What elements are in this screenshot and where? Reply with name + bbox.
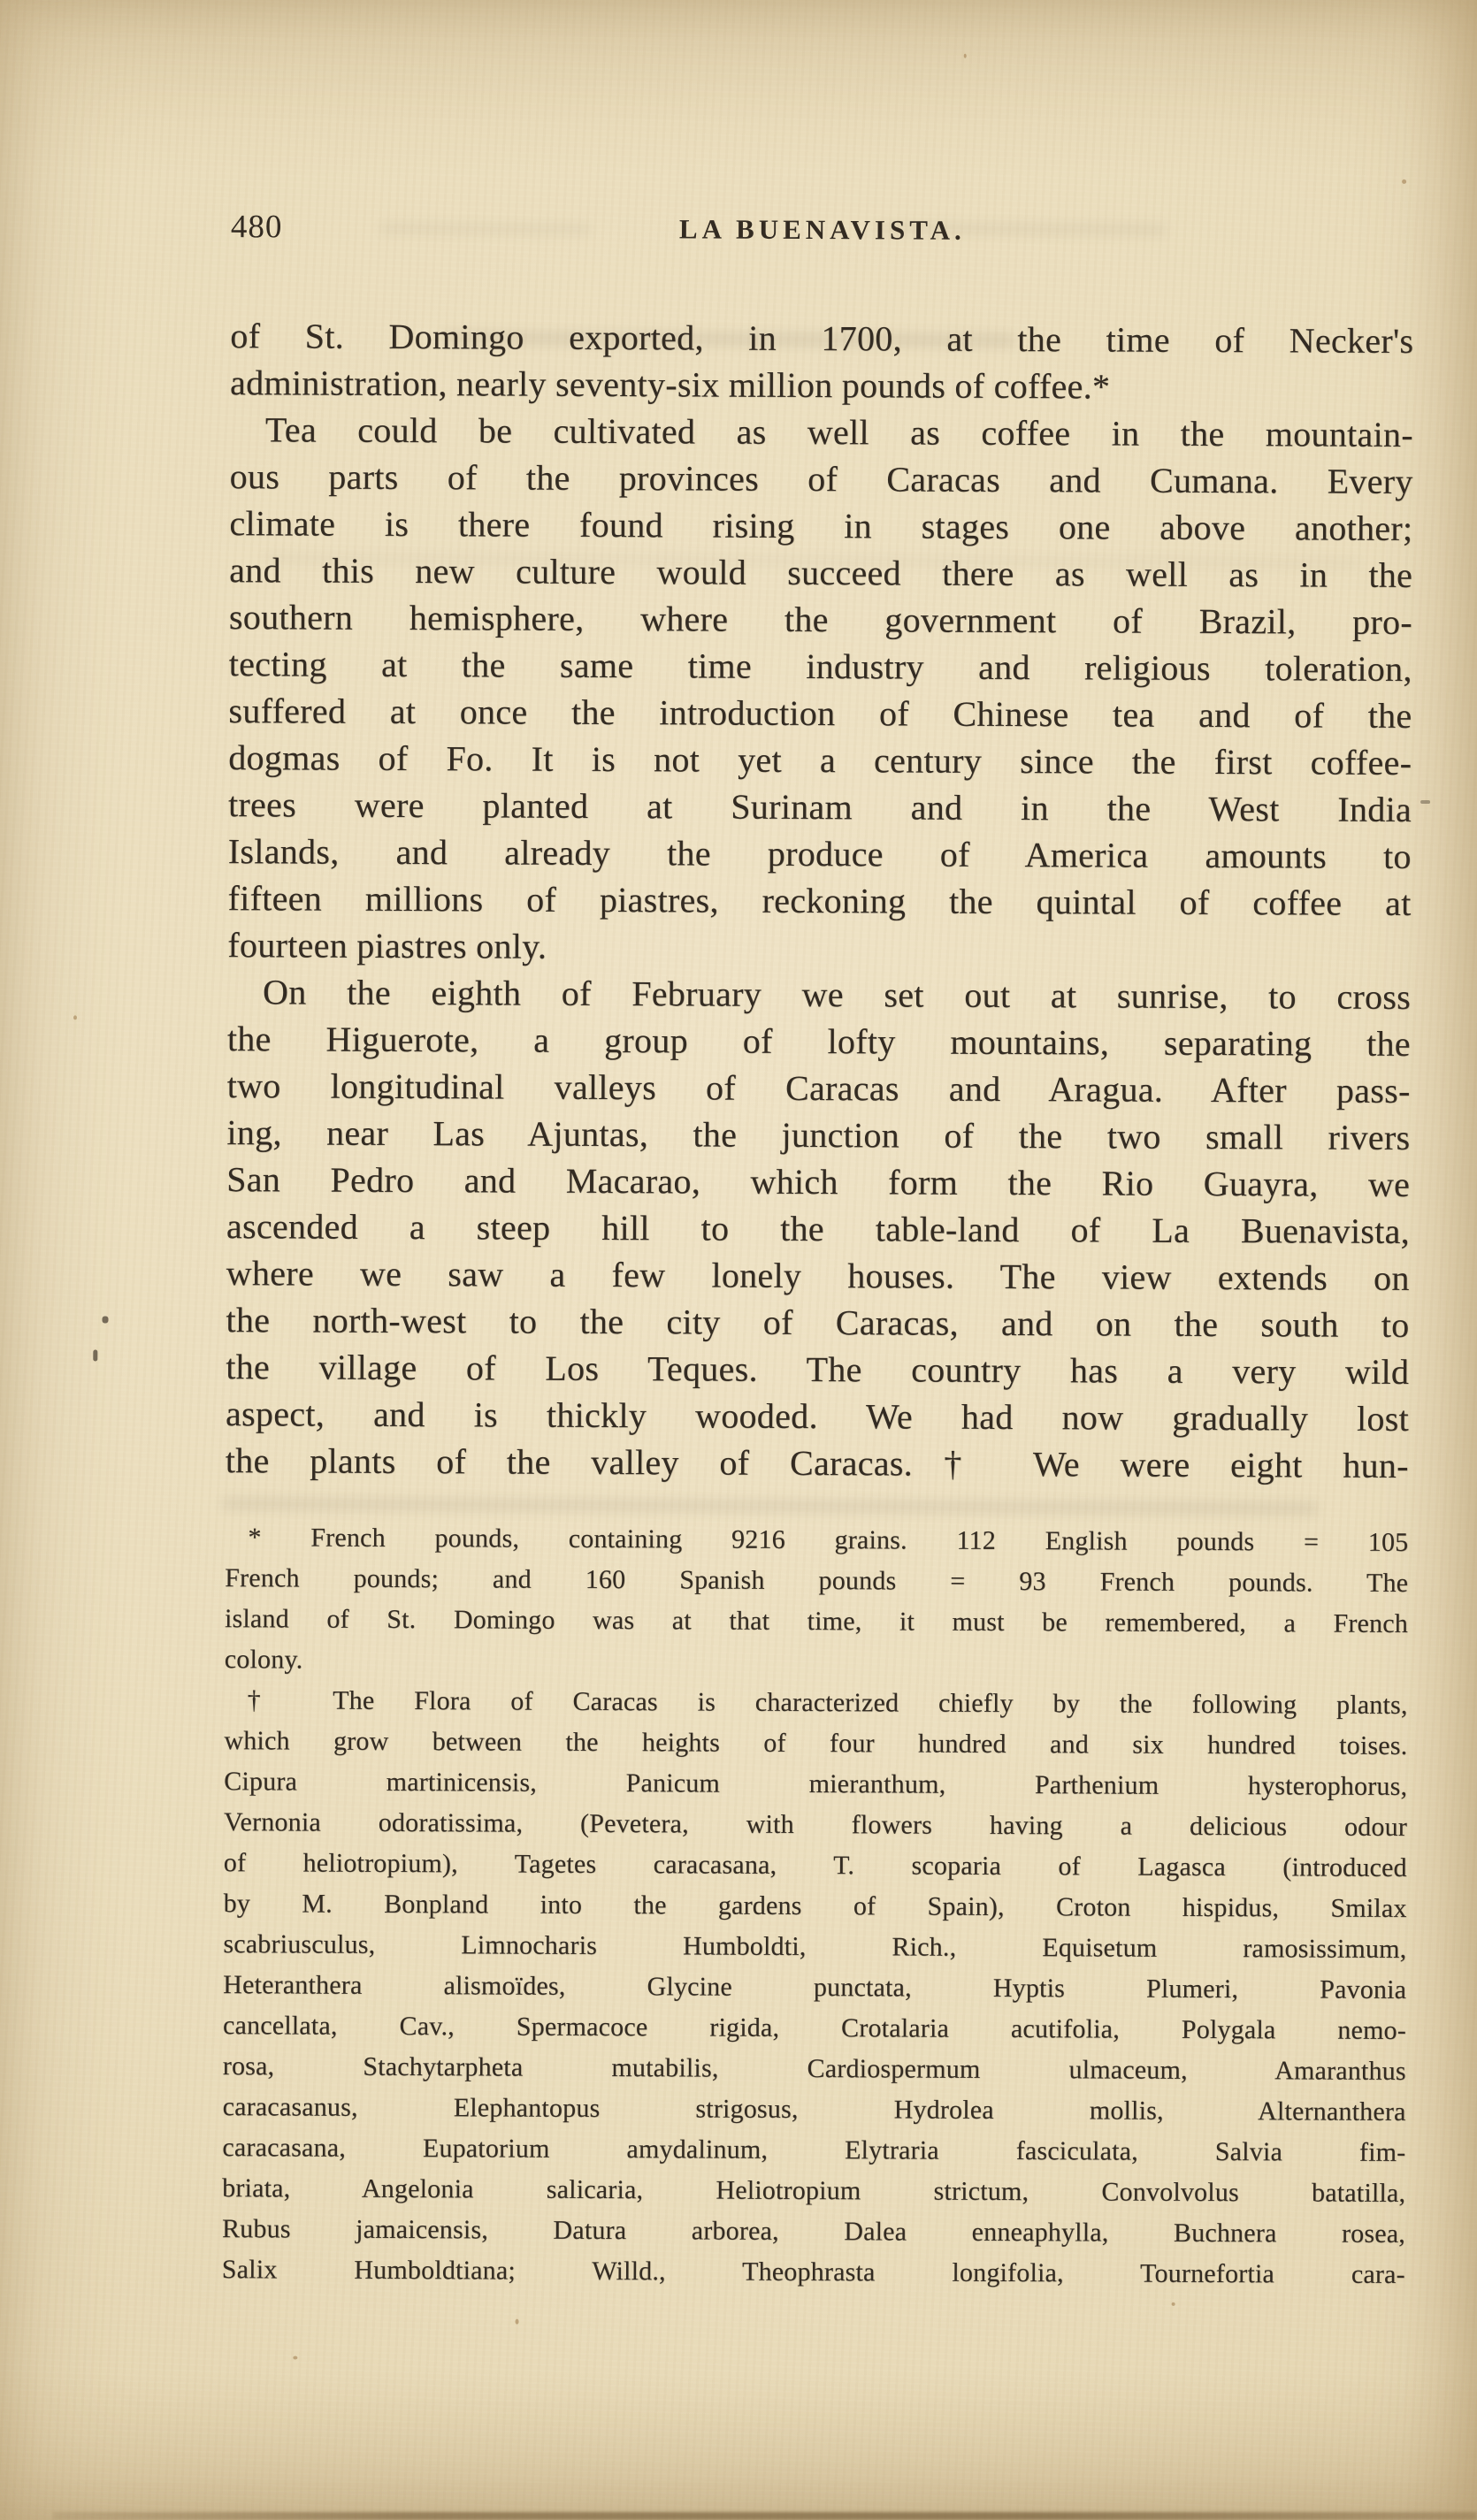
footnote-line: Heteranthera alismoïdes, Glycine punctat… <box>223 1965 1406 2011</box>
body-line: fifteen millions of piastres, reckoning … <box>227 874 1411 927</box>
body-line: the plants of the valley of Caracas.† We… <box>226 1437 1409 1489</box>
running-title: LA BUENAVISTA. <box>231 211 1414 248</box>
body-line: the Higuerote, a group of lofty mountain… <box>227 1015 1411 1067</box>
body-line: ing, near Las Ajuntas, the junction of t… <box>226 1109 1410 1161</box>
bleed-through-artifact <box>222 1497 1319 1515</box>
footnote-line: which grow between the heights of four h… <box>224 1721 1407 1767</box>
body-line: fourteen piastres only. <box>227 921 1411 974</box>
body-line: of St. Domingo exported, in 1700, at the… <box>230 312 1413 364</box>
footnote-line: by M. Bonpland into the gardens of Spain… <box>224 1883 1407 1929</box>
footnote-line: cancellata, Cav., Spermacoce rigida, Cro… <box>223 2005 1406 2051</box>
age-spot <box>964 54 967 58</box>
age-spot <box>1402 179 1406 184</box>
body-line: Tea could be cultivated as well as coffe… <box>230 406 1413 458</box>
footnote-line: Salix Humboldtiana; Willd., Theophrasta … <box>222 2249 1405 2295</box>
body-line: San Pedro and Macarao, which form the Ri… <box>226 1156 1410 1208</box>
footnote-line: * French pounds, containing 9216 grains.… <box>225 1517 1408 1563</box>
age-spot <box>293 2356 297 2359</box>
footnote-line: † The Flora of Caracas is characterized … <box>225 1680 1408 1726</box>
footnote-line: Rubus jamaicensis, Datura arborea, Dalea… <box>222 2209 1405 2255</box>
body-line: trees were planted at Surinam and in the… <box>228 781 1412 833</box>
page-header: 480 LA BUENAVISTA. <box>231 206 1414 252</box>
body-line: tecting at the same time industry and re… <box>229 640 1412 692</box>
ink-speck <box>102 1317 108 1324</box>
body-line: where we saw a few lonely houses. The vi… <box>226 1249 1410 1302</box>
footnote-line: caracasana, Eupatorium amydalinum, Elytr… <box>222 2127 1405 2173</box>
ink-speck <box>1420 800 1430 804</box>
page-content: 480 LA BUENAVISTA. of St. Domingo export… <box>0 0 1477 2520</box>
scanned-book-page: 480 LA BUENAVISTA. of St. Domingo export… <box>0 0 1477 2520</box>
footnote-line: rosa, Stachytarpheta mutabilis, Cardiosp… <box>223 2046 1406 2092</box>
body-line: southern hemisphere, where the governmen… <box>229 593 1412 645</box>
age-spot <box>1172 2302 1175 2306</box>
body-line: two longitudinal valleys of Caracas and … <box>227 1062 1411 1114</box>
footnote-line: colony. <box>225 1639 1408 1685</box>
body-line: dogmas of Fo. It is not yet a century si… <box>228 734 1412 786</box>
body-line: Islands, and already the produce of Amer… <box>228 828 1412 880</box>
body-text: of St. Domingo exported, in 1700, at the… <box>226 312 1414 1489</box>
footnote-line: island of St. Domingo was at that time, … <box>225 1599 1408 1645</box>
ink-speck <box>93 1349 97 1361</box>
footnotes: * French pounds, containing 9216 grains.… <box>222 1517 1409 2295</box>
body-line: suffered at once the introduction of Chi… <box>228 687 1412 739</box>
footnote-line: Cipura martinicensis, Panicum mieranthum… <box>224 1761 1407 1807</box>
body-line: the north-west to the city of Caracas, a… <box>226 1296 1409 1348</box>
footnote-line: of heliotropium), Tagetes caracasana, T.… <box>224 1843 1407 1889</box>
body-line: administration, nearly seventy-six milli… <box>230 359 1413 411</box>
body-line: aspect, and is thickly wooded. We had no… <box>226 1390 1409 1442</box>
body-line: On the eighth of February we set out at … <box>227 968 1411 1020</box>
body-line: and this new culture would succeed there… <box>229 546 1412 599</box>
body-line: ous parts of the provinces of Caracas an… <box>230 453 1413 505</box>
body-line: ascended a steep hill to the table-land … <box>226 1203 1410 1255</box>
footnote-line: caracasanus, Elephantopus strigosus, Hyd… <box>223 2087 1406 2133</box>
age-spot <box>73 1015 77 1019</box>
body-line: the village of Los Teques. The country h… <box>226 1343 1409 1395</box>
body-line: climate is there found rising in stages … <box>229 500 1412 552</box>
footnote-line: scabriusculus, Limnocharis Humboldti, Ri… <box>223 1924 1406 1970</box>
footnote-line: French pounds; and 160 Spanish pounds = … <box>225 1558 1408 1604</box>
age-spot <box>516 2319 519 2325</box>
footnote-line: Vernonia odoratissima, (Pevetera, with f… <box>224 1802 1407 1848</box>
footnote-line: briata, Angelonia salicaria, Heliotropiu… <box>222 2168 1405 2214</box>
